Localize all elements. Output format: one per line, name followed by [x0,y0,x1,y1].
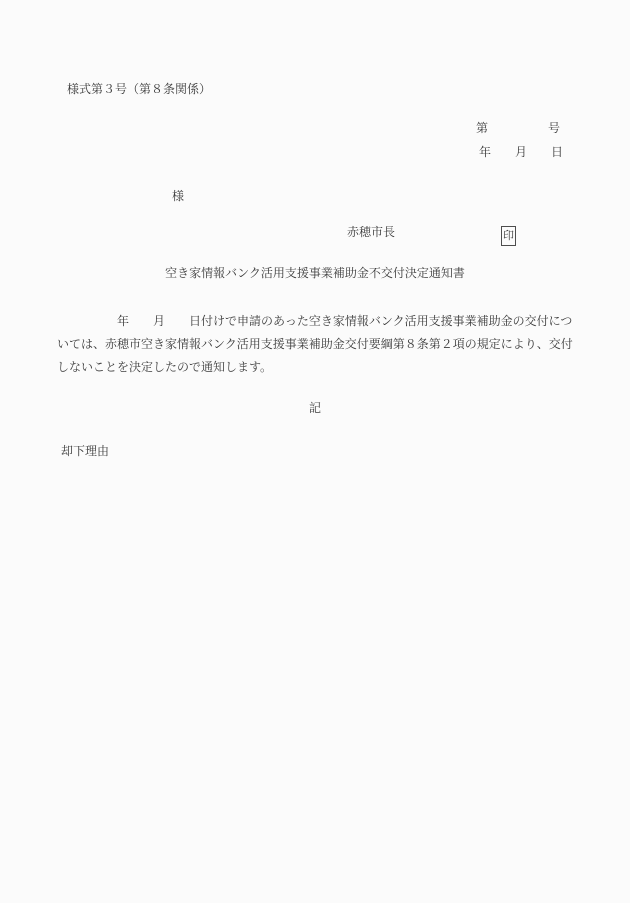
document-number-line: 第 号 [476,119,560,137]
sender-row: 赤穂市長 [347,223,395,240]
seal-mark: 印 [501,226,516,246]
document-page: 様式第３号（第８条関係） 第 号 年 月 日 様 赤穂市長 印 空き家情報バンク… [0,0,630,903]
recipient-honorific: 様 [172,187,184,205]
rejection-reason-label: 却下理由 [61,442,109,460]
form-number: 様式第３号（第８条関係） [67,80,211,98]
sender-name: 赤穂市長 [347,223,395,240]
body-line-2: いては、赤穂市空き家情報バンク活用支援事業補助金交付要綱第８条第２項の規定により… [57,333,582,356]
body-paragraph: 年 月 日付けで申請のあった空き家情報バンク活用支援事業補助金の交付につ いては… [57,310,582,379]
document-title: 空き家情報バンク活用支援事業補助金不交付決定通知書 [0,264,630,282]
body-line-3: しないことを決定したので通知します。 [57,356,582,379]
date-line: 年 月 日 [479,143,563,161]
record-marker: 記 [0,399,630,417]
body-line-1: 年 月 日付けで申請のあった空き家情報バンク活用支援事業補助金の交付につ [57,310,582,333]
